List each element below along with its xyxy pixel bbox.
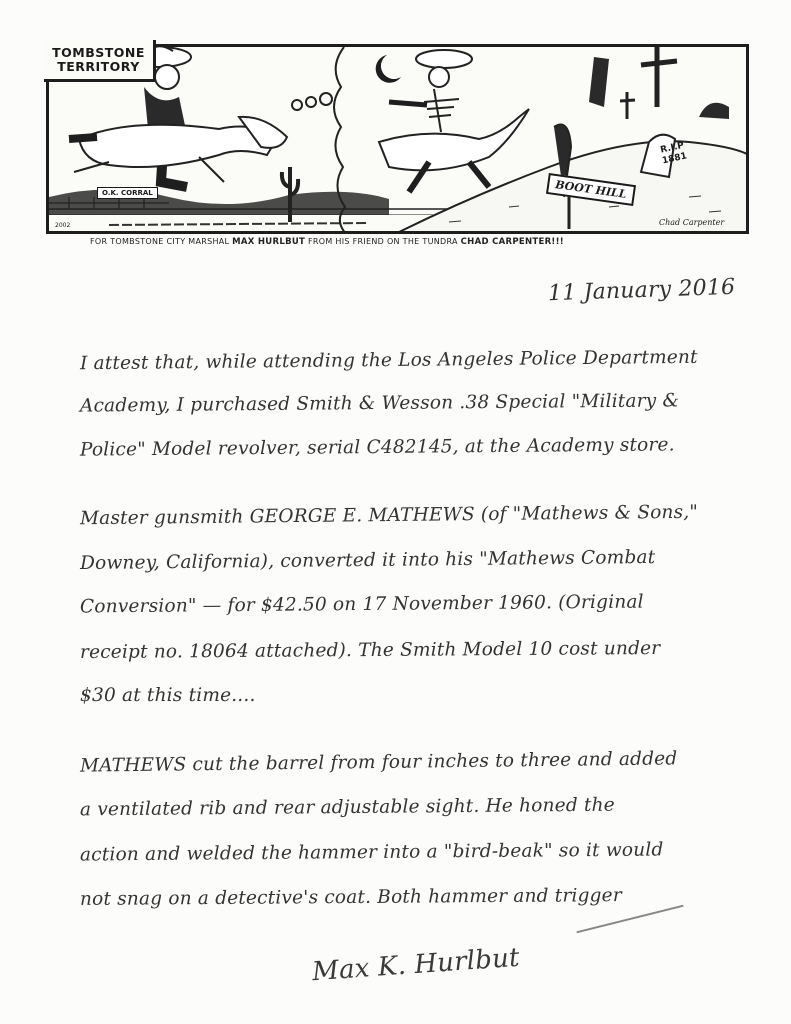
paragraph2-line: $30 at this time....: [80, 685, 256, 706]
paragraph3-line: a ventilated rib and rear adjustable sig…: [80, 795, 615, 821]
comic-caption: FOR TOMBSTONE CITY MARSHAL MAX HURLBUT F…: [90, 237, 730, 247]
artist-signature: Chad Carpenter: [659, 218, 724, 227]
comic-title-line2: TERRITORY: [57, 60, 140, 74]
author-signature: Max K. Hurlbut: [311, 943, 520, 987]
paragraph2-line: receipt no. 18064 attached). The Smith M…: [80, 638, 660, 663]
pen-stroke-decoration: [576, 905, 683, 934]
paragraph3-line: MATHEWS cut the barrel from four inches …: [80, 748, 678, 776]
paragraph2-line: Master gunsmith GEORGE E. MATHEWS (of "M…: [80, 502, 698, 529]
caption-recipient: MAX HURLBUT: [232, 237, 305, 247]
letter-date: 11 January 2016: [548, 275, 736, 307]
paragraph1-line: Police" Model revolver, serial C482145, …: [80, 434, 675, 460]
caption-prefix: FOR TOMBSTONE CITY MARSHAL: [90, 237, 229, 246]
corral-sign: O.K. CORRAL: [97, 187, 158, 199]
caption-sender: CHAD CARPENTER!!!: [461, 237, 564, 247]
paragraph1-line: I attest that, while attending the Los A…: [80, 347, 698, 374]
comic-year: 2002: [55, 222, 70, 229]
paragraph1-line: Academy, I purchased Smith & Wesson .38 …: [80, 390, 679, 416]
caption-middle: FROM HIS FRIEND ON THE TUNDRA: [308, 237, 458, 246]
comic-title-line1: TOMBSTONE: [52, 46, 145, 60]
paragraph3-line: not snag on a detective's coat. Both ham…: [80, 885, 622, 910]
letter-page: TOMBSTONE TERRITORY: [0, 0, 791, 1024]
paragraph3-line: action and welded the hammer into a "bir…: [80, 839, 664, 865]
comic-title-box: TOMBSTONE TERRITORY: [44, 40, 156, 82]
paragraph2-line: Downey, California), converted it into h…: [80, 547, 656, 574]
paragraph2-line: Conversion" — for $42.50 on 17 November …: [80, 592, 644, 618]
